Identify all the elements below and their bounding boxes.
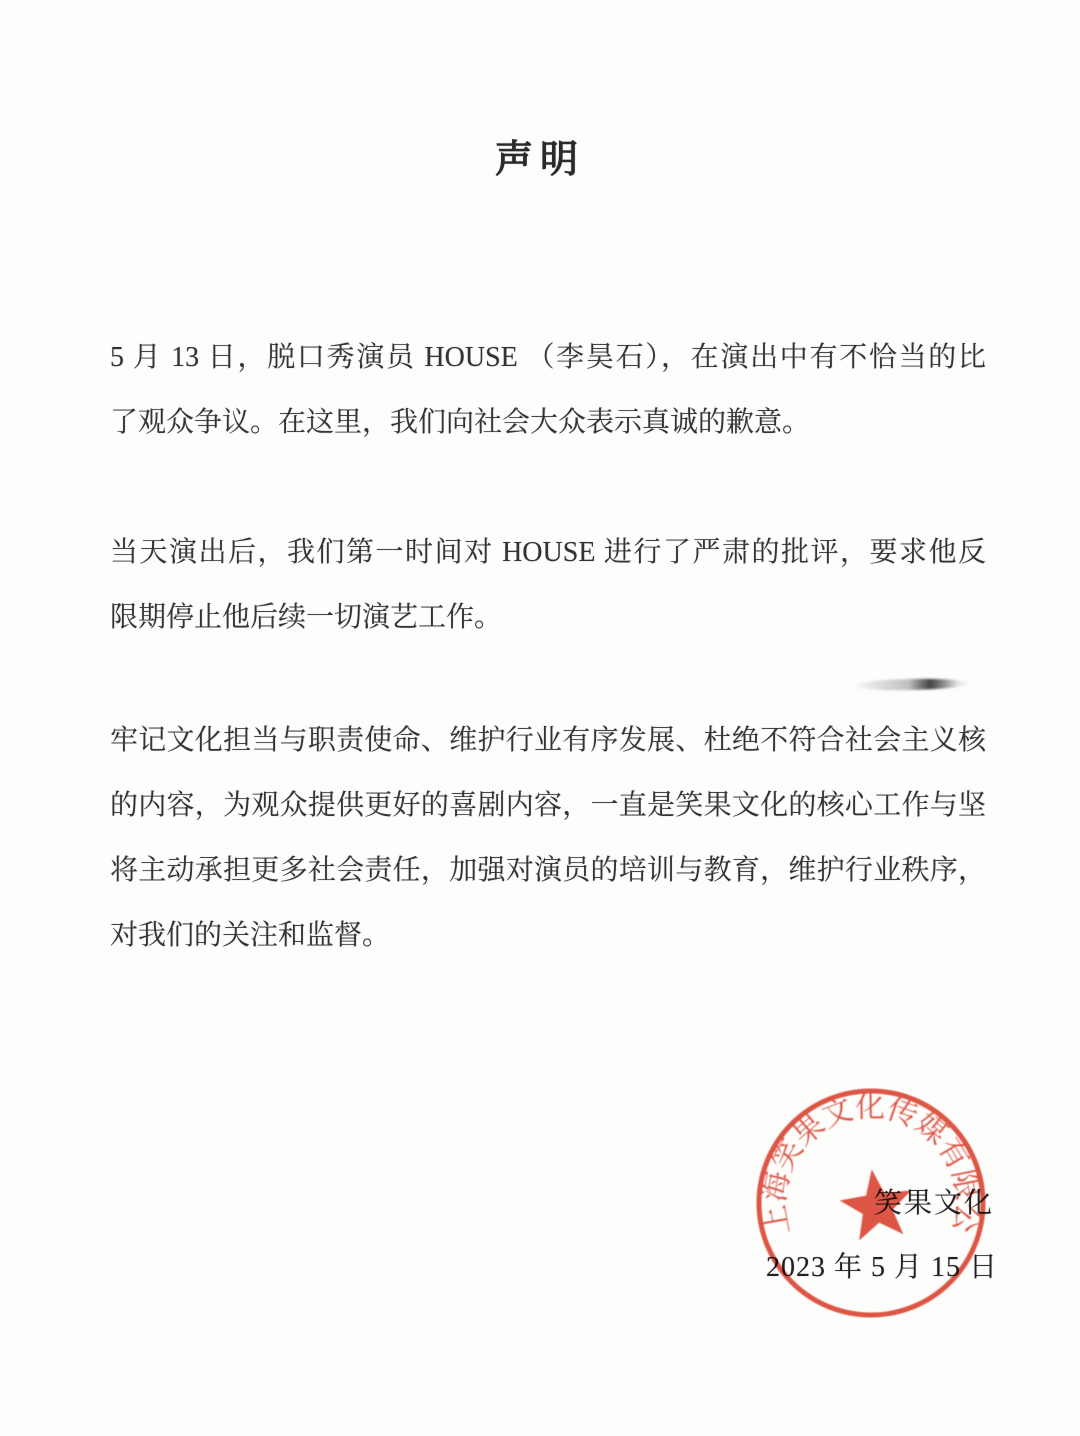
paragraph-apology: 5 月 13 日，脱口秀演员 HOUSE （李昊石），在演出中有不恰当的比喻，引…: [110, 325, 986, 455]
document-page: 声明 5 月 13 日，脱口秀演员 HOUSE （李昊石），在演出中有不恰当的比…: [0, 0, 1080, 1436]
scan-smudge-artifact: [852, 678, 970, 691]
company-seal-stamp: 上海笑果文化传媒有限公司: [751, 1083, 991, 1323]
paragraph-line: 了观众争议。在这里，我们向社会大众表示真诚的歉意。: [110, 390, 986, 455]
seal-graphic: 上海笑果文化传媒有限公司: [751, 1083, 991, 1323]
page-title: 声明: [0, 128, 1080, 183]
paragraph-line: 当天演出后，我们第一时间对 HOUSE 进行了严肃的批评，要求他反省，并无: [110, 520, 986, 585]
paragraph-line: 的内容，为观众提供更好的喜剧内容，一直是笑果文化的核心工作与坚持。我们: [110, 773, 986, 838]
paragraph-action: 当天演出后，我们第一时间对 HOUSE 进行了严肃的批评，要求他反省，并无 限期…: [110, 520, 986, 650]
paragraph-line: 将主动承担更多社会责任，加强对演员的培训与教育，维护行业秩序，感谢大家: [110, 838, 986, 903]
paragraph-line: 牢记文化担当与职责使命、维护行业有序发展、杜绝不符合社会主义核心价值观: [110, 708, 986, 773]
paragraph-line: 对我们的关注和监督。: [110, 903, 986, 968]
star-icon: [836, 1164, 917, 1242]
paragraph-line: 5 月 13 日，脱口秀演员 HOUSE （李昊石），在演出中有不恰当的比喻，引…: [110, 325, 986, 390]
paragraph-line: 限期停止他后续一切演艺工作。: [110, 585, 986, 650]
paragraph-commitment: 牢记文化担当与职责使命、维护行业有序发展、杜绝不符合社会主义核心价值观 的内容，…: [110, 708, 986, 968]
